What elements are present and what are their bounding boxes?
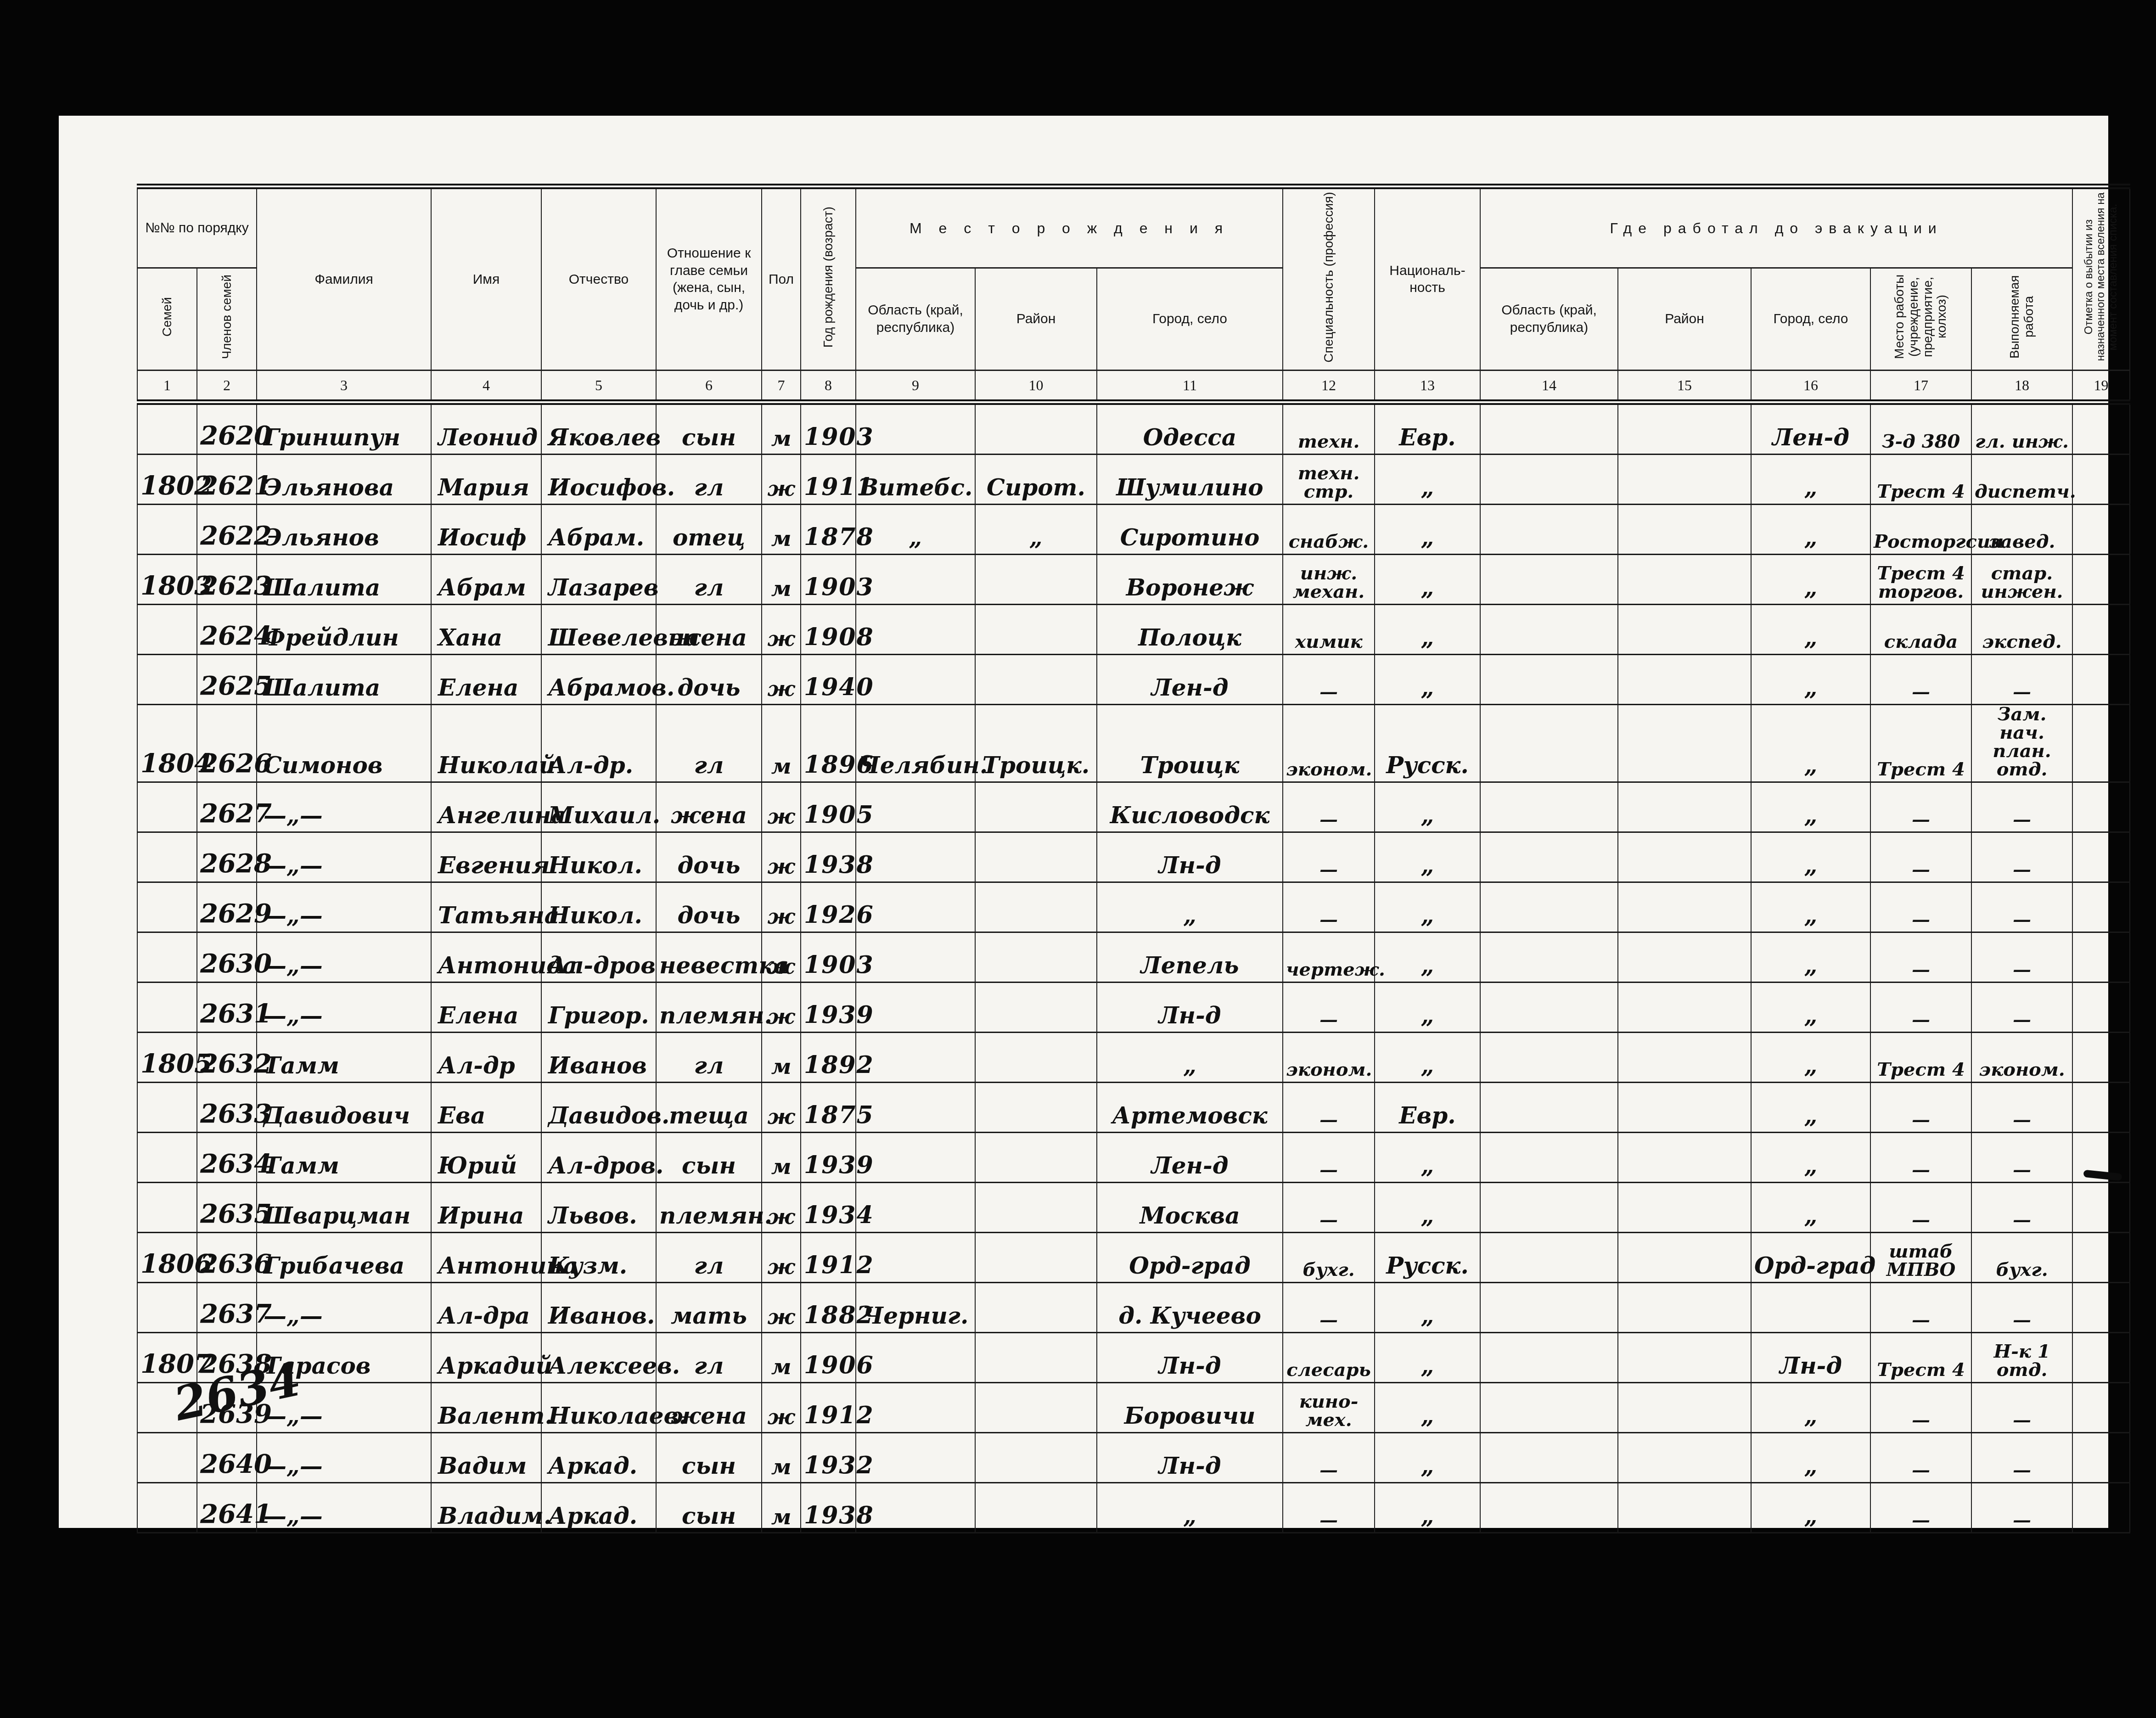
cell-col15 [1618, 1382, 1751, 1432]
cell-col11: Лен-д [1097, 654, 1283, 704]
cell-col10 [975, 1082, 1097, 1132]
cell-col4: Ангелина [431, 782, 541, 832]
cell-col3: —„— [257, 932, 431, 982]
cell-col13: „ [1375, 654, 1480, 704]
cell-col14 [1480, 454, 1618, 504]
cell-col13: „ [1375, 982, 1480, 1032]
cell-col7: ж [762, 654, 801, 704]
cell-col15 [1618, 982, 1751, 1032]
cell-col8: 1878 [801, 504, 856, 554]
cell-col12: кино-мех. [1283, 1382, 1375, 1432]
cell-col5: Аркад. [541, 1482, 656, 1533]
cell-col5: Абрамов. [541, 654, 656, 704]
cell-col1: 1805 [137, 1032, 197, 1082]
cell-col11: Лн-д [1097, 1332, 1283, 1382]
cell-col7: м [762, 704, 801, 782]
cell-col14 [1480, 654, 1618, 704]
cell-col8: 1903 [801, 402, 856, 455]
cell-col15 [1618, 1282, 1751, 1332]
cell-col10 [975, 1032, 1097, 1082]
cell-col3: —„— [257, 1432, 431, 1482]
cell-col17: — [1870, 882, 1971, 932]
cell-col17: — [1870, 832, 1971, 882]
cell-col17: Трест 4 торгов. [1870, 554, 1971, 604]
cell-col8: 1903 [801, 932, 856, 982]
cell-col11: „ [1097, 1482, 1283, 1533]
cell-col4: Антонина [431, 1232, 541, 1282]
cell-col2: 2626 [197, 704, 257, 782]
cell-col11: „ [1097, 882, 1283, 932]
cell-col18: Н-к 1 отд. [1971, 1332, 2072, 1382]
cell-col11: Орд-град [1097, 1232, 1283, 1282]
cell-col2: 2641 [197, 1482, 257, 1533]
cell-col16: „ [1751, 1182, 1870, 1232]
cell-col17: — [1870, 1432, 1971, 1482]
cell-col7: м [762, 1432, 801, 1482]
cell-col17: Трест 4 [1870, 704, 1971, 782]
cell-col4: Татьяна [431, 882, 541, 932]
cell-col19 [2072, 1082, 2130, 1132]
cell-col11: Троицк [1097, 704, 1283, 782]
cell-col13: „ [1375, 782, 1480, 832]
header-members: Членов семей [197, 268, 257, 371]
cell-col6: жена [656, 1382, 762, 1432]
cell-col6: сын [656, 1432, 762, 1482]
cell-col12: слесарь [1283, 1332, 1375, 1382]
cell-col7: м [762, 1482, 801, 1533]
cell-col18: стар. инжен. [1971, 554, 2072, 604]
column-number-5: 5 [541, 370, 656, 402]
cell-col5: Ал-дров [541, 932, 656, 982]
cell-col18: — [1971, 782, 2072, 832]
table-row: 2637—„—Ал-драИванов.матьж1882Черниг.д. К… [137, 1282, 2130, 1332]
table-row: 18072638ТарасовАркадийАлексеев.глм1906Лн… [137, 1332, 2130, 1382]
cell-col1 [137, 1482, 197, 1533]
column-number-2: 2 [197, 370, 257, 402]
cell-col12: снабж. [1283, 504, 1375, 554]
cell-col3: Симонов [257, 704, 431, 782]
cell-col8: 1926 [801, 882, 856, 932]
cell-col4: Аркадий [431, 1332, 541, 1382]
cell-col8: 1911 [801, 454, 856, 504]
cell-col3: Эльянов [257, 504, 431, 554]
cell-col12: — [1283, 782, 1375, 832]
header-work-place: Место работы (учреждение, предприятие, к… [1870, 268, 1971, 371]
cell-col15 [1618, 1482, 1751, 1533]
cell-col3: Эльянова [257, 454, 431, 504]
cell-col1 [137, 654, 197, 704]
cell-col18: бухг. [1971, 1232, 2072, 1282]
cell-col18: эконом. [1971, 1032, 2072, 1082]
cell-col3: —„— [257, 1482, 431, 1533]
header-nationality: Националь­ность [1375, 186, 1480, 370]
cell-col13: „ [1375, 832, 1480, 882]
cell-col15 [1618, 1182, 1751, 1232]
table-row: 18062636ГрибачеваАнтонинаКузм.глж1912Орд… [137, 1232, 2130, 1282]
cell-col15 [1618, 832, 1751, 882]
cell-col11: Шумилино [1097, 454, 1283, 504]
cell-col6: гл [656, 1032, 762, 1082]
cell-col1 [137, 1082, 197, 1132]
cell-col2: 2623 [197, 554, 257, 604]
cell-col7: м [762, 554, 801, 604]
registration-table: №№ по порядку Фамилия Имя Отчество Отнош… [137, 184, 2130, 1533]
cell-col9: Витебс. [856, 454, 975, 504]
cell-col8: 1912 [801, 1382, 856, 1432]
cell-col6: гл [656, 554, 762, 604]
cell-col8: 1932 [801, 1432, 856, 1482]
cell-col4: Хана [431, 604, 541, 654]
column-number-18: 18 [1971, 370, 2072, 402]
cell-col4: Владим. [431, 1482, 541, 1533]
cell-col12: — [1283, 1482, 1375, 1533]
cell-col14 [1480, 1032, 1618, 1082]
cell-col3: Грибачева [257, 1232, 431, 1282]
cell-col14 [1480, 1382, 1618, 1432]
cell-col11: Кисловодск [1097, 782, 1283, 832]
cell-col16: „ [1751, 932, 1870, 982]
cell-col7: ж [762, 1182, 801, 1232]
cell-col4: Антонида [431, 932, 541, 982]
cell-col8: 1939 [801, 982, 856, 1032]
cell-col13: „ [1375, 454, 1480, 504]
cell-col2: 2634 [197, 1132, 257, 1182]
table-row: 18032623ШалитаАбрамЛазаревглм1903Воронеж… [137, 554, 2130, 604]
cell-col7: ж [762, 882, 801, 932]
cell-col3: —„— [257, 982, 431, 1032]
cell-col11: Лн-д [1097, 1432, 1283, 1482]
cell-col7: ж [762, 454, 801, 504]
cell-col1: 1804 [137, 704, 197, 782]
cell-col3: —„— [257, 782, 431, 832]
cell-col6: гл [656, 1232, 762, 1282]
cell-col8: 1940 [801, 654, 856, 704]
cell-col6: гл [656, 704, 762, 782]
cell-col8: 1905 [801, 782, 856, 832]
cell-col15 [1618, 554, 1751, 604]
cell-col5: Николаев. [541, 1382, 656, 1432]
cell-col14 [1480, 504, 1618, 554]
cell-col10 [975, 932, 1097, 982]
cell-col16: Лн-д [1751, 1332, 1870, 1382]
cell-col18: Зам. нач. план. отд. [1971, 704, 2072, 782]
cell-col12: химик [1283, 604, 1375, 654]
cell-col8: 1938 [801, 832, 856, 882]
cell-col1 [137, 1182, 197, 1232]
table-row: 2631—„—ЕленаГригор.племян.ж1939Лн-д—„„—— [137, 982, 2130, 1032]
cell-col17: — [1870, 982, 1971, 1032]
cell-col19 [2072, 932, 2130, 982]
cell-col19 [2072, 704, 2130, 782]
cell-col17: Трест 4 [1870, 1332, 1971, 1382]
cell-col18: — [1971, 1182, 2072, 1232]
cell-col1 [137, 604, 197, 654]
cell-col17: — [1870, 1382, 1971, 1432]
cell-col18: — [1971, 1432, 2072, 1482]
scanned-sheet: №№ по порядку Фамилия Имя Отчество Отнош… [59, 116, 2108, 1528]
cell-col12: техн. стр. [1283, 454, 1375, 504]
cell-col5: Никол. [541, 882, 656, 932]
header-birth-raion: Район [975, 268, 1097, 371]
cell-col11: д. Кучеево [1097, 1282, 1283, 1332]
cell-col13: „ [1375, 604, 1480, 654]
cell-col8: 1908 [801, 604, 856, 654]
cell-col7: ж [762, 604, 801, 654]
cell-col19 [2072, 1232, 2130, 1282]
cell-col5: Алексеев. [541, 1332, 656, 1382]
cell-col8: 1896 [801, 704, 856, 782]
cell-col8: 1939 [801, 1132, 856, 1182]
cell-col12: — [1283, 832, 1375, 882]
cell-col10 [975, 1332, 1097, 1382]
column-number-4: 4 [431, 370, 541, 402]
cell-col15 [1618, 1332, 1751, 1382]
cell-col16: „ [1751, 454, 1870, 504]
cell-col10 [975, 1382, 1097, 1432]
cell-col7: м [762, 402, 801, 455]
cell-col17: — [1870, 654, 1971, 704]
column-number-19: 19 [2072, 370, 2130, 402]
cell-col19 [2072, 402, 2130, 455]
column-number-1: 1 [137, 370, 197, 402]
table-row: 18022621ЭльяноваМарияИосифов.глж1911Вите… [137, 454, 2130, 504]
cell-col12: чертеж. [1283, 932, 1375, 982]
cell-col3: —„— [257, 832, 431, 882]
column-number-15: 15 [1618, 370, 1751, 402]
cell-col8: 1875 [801, 1082, 856, 1132]
cell-col11: Лн-д [1097, 982, 1283, 1032]
cell-col19 [2072, 882, 2130, 932]
cell-col11: Лен-д [1097, 1132, 1283, 1182]
cell-col4: Елена [431, 982, 541, 1032]
cell-col13: „ [1375, 1132, 1480, 1182]
cell-col17: Трест 4 [1870, 454, 1971, 504]
cell-col6: сын [656, 402, 762, 455]
cell-col16: Орд-град [1751, 1232, 1870, 1282]
column-number-6: 6 [656, 370, 762, 402]
cell-col13: „ [1375, 504, 1480, 554]
cell-col16: Лен-д [1751, 402, 1870, 455]
cell-col18: — [1971, 1282, 2072, 1332]
cell-col11: Сиротино [1097, 504, 1283, 554]
cell-col14 [1480, 402, 1618, 455]
cell-col10 [975, 782, 1097, 832]
cell-col7: м [762, 1132, 801, 1182]
cell-col3: —„— [257, 1282, 431, 1332]
cell-col17: — [1870, 1182, 1971, 1232]
cell-col17: штаб МПВО [1870, 1232, 1971, 1282]
cell-col9: Челябин. [856, 704, 975, 782]
column-number-13: 13 [1375, 370, 1480, 402]
cell-col13: „ [1375, 1432, 1480, 1482]
cell-col9: Черниг. [856, 1282, 975, 1332]
cell-col2: 2621 [197, 454, 257, 504]
header-birth-year-label: Год рождения (возраст) [820, 203, 837, 351]
cell-col17: З-д 380 [1870, 402, 1971, 455]
cell-col1 [137, 1282, 197, 1332]
cell-col16: „ [1751, 1482, 1870, 1533]
cell-col1: 1803 [137, 554, 197, 604]
cell-col2: 2632 [197, 1032, 257, 1082]
cell-col4: Валент. [431, 1382, 541, 1432]
cell-col13: „ [1375, 1032, 1480, 1082]
cell-col3: Шалита [257, 654, 431, 704]
cell-col15 [1618, 932, 1751, 982]
cell-col8: 1934 [801, 1182, 856, 1232]
cell-col16: „ [1751, 1032, 1870, 1082]
cell-col10 [975, 882, 1097, 932]
cell-col5: Львов. [541, 1182, 656, 1232]
cell-col14 [1480, 782, 1618, 832]
table-row: 2635ШварцманИринаЛьвов.племян.ж1934Москв… [137, 1182, 2130, 1232]
header-sex: Пол [762, 186, 801, 370]
cell-col19 [2072, 1382, 2130, 1432]
cell-col11: Воронеж [1097, 554, 1283, 604]
cell-col15 [1618, 454, 1751, 504]
cell-col10 [975, 1132, 1097, 1182]
cell-col14 [1480, 604, 1618, 654]
cell-col14 [1480, 882, 1618, 932]
cell-col5: Иосифов. [541, 454, 656, 504]
cell-col3: Шварцман [257, 1182, 431, 1232]
cell-col7: м [762, 1032, 801, 1082]
cell-col16: „ [1751, 704, 1870, 782]
cell-col1: 1806 [137, 1232, 197, 1282]
cell-col12: инж. механ. [1283, 554, 1375, 604]
table-row: 2628—„—ЕвгенияНикол.дочьж1938Лн-д—„„—— [137, 832, 2130, 882]
table-row: 2622ЭльяновИосифАбрам.отецм1878„„Сиротин… [137, 504, 2130, 554]
cell-col2: 2640 [197, 1432, 257, 1482]
header-members-label: Членов семей [219, 271, 235, 363]
cell-col18: — [1971, 654, 2072, 704]
cell-col2: 2631 [197, 982, 257, 1032]
cell-col16: „ [1751, 504, 1870, 554]
cell-col19 [2072, 832, 2130, 882]
cell-col7: ж [762, 1282, 801, 1332]
cell-col13: „ [1375, 1482, 1480, 1533]
cell-col12: — [1283, 654, 1375, 704]
cell-col2: 2629 [197, 882, 257, 932]
cell-col18: экспед. [1971, 604, 2072, 654]
cell-col6: жена [656, 782, 762, 832]
cell-col16: „ [1751, 1382, 1870, 1432]
cell-col14 [1480, 932, 1618, 982]
cell-col1 [137, 782, 197, 832]
cell-col16: „ [1751, 1082, 1870, 1132]
header-birth-oblast: Область (край, республика) [856, 268, 975, 371]
cell-col11: Лн-д [1097, 832, 1283, 882]
cell-col5: Никол. [541, 832, 656, 882]
cell-col17: — [1870, 1282, 1971, 1332]
table-row: 2630—„—АнтонидаАл-дровневесткаж1903Лепел… [137, 932, 2130, 982]
cell-col2: 2624 [197, 604, 257, 654]
cell-col10 [975, 832, 1097, 882]
cell-col12: техн. [1283, 402, 1375, 455]
table-row: 2633ДавидовичЕваДавидов.тещаж1875Артемов… [137, 1082, 2130, 1132]
cell-col15 [1618, 1032, 1751, 1082]
cell-col10 [975, 1232, 1097, 1282]
column-number-3: 3 [257, 370, 431, 402]
cell-col1 [137, 982, 197, 1032]
cell-col6: сын [656, 1482, 762, 1533]
column-number-17: 17 [1870, 370, 1971, 402]
cell-col15 [1618, 1082, 1751, 1132]
cell-col11: Одесса [1097, 402, 1283, 455]
cell-col11: „ [1097, 1032, 1283, 1082]
cell-col8: 1912 [801, 1232, 856, 1282]
cell-col1 [137, 504, 197, 554]
cell-col19 [2072, 1032, 2130, 1082]
cell-col6: дочь [656, 832, 762, 882]
cell-col13: „ [1375, 1332, 1480, 1382]
cell-col16: „ [1751, 1132, 1870, 1182]
cell-col4: Евгения [431, 832, 541, 882]
cell-col14 [1480, 1082, 1618, 1132]
cell-col5: Лазарев [541, 554, 656, 604]
table-row: 2634ТаммЮрийАл-дров.сынм1939Лен-д—„„—— [137, 1132, 2130, 1182]
header-family: Семей [137, 268, 197, 371]
cell-col17: — [1870, 1082, 1971, 1132]
cell-col6: отец [656, 504, 762, 554]
cell-col4: Ал-др [431, 1032, 541, 1082]
header-specialty-label: Специальность (профессия) [1321, 188, 1337, 366]
cell-col13: „ [1375, 882, 1480, 932]
cell-col12: — [1283, 1132, 1375, 1182]
column-number-10: 10 [975, 370, 1097, 402]
registration-table-wrap: №№ по порядку Фамилия Имя Отчество Отнош… [137, 184, 2130, 1533]
cell-col14 [1480, 1432, 1618, 1482]
cell-col3: Шалита [257, 554, 431, 604]
cell-col3: Давидович [257, 1082, 431, 1132]
header-birthplace-group: М е с т о р о ж д е н и я [856, 186, 1283, 268]
cell-col4: Юрий [431, 1132, 541, 1182]
cell-col12: — [1283, 1082, 1375, 1132]
table-row: 2640—„—ВадимАркад.сынм1932Лн-д—„„—— [137, 1432, 2130, 1482]
cell-col15 [1618, 1132, 1751, 1182]
cell-col5: Ал-дров. [541, 1132, 656, 1182]
cell-col3: —„— [257, 882, 431, 932]
header-specialty: Специальность (профессия) [1283, 186, 1375, 370]
cell-col14 [1480, 1332, 1618, 1382]
cell-col12: — [1283, 882, 1375, 932]
cell-col2: 2635 [197, 1182, 257, 1232]
cell-col18: — [1971, 882, 2072, 932]
cell-col15 [1618, 504, 1751, 554]
cell-col15 [1618, 654, 1751, 704]
cell-col7: ж [762, 982, 801, 1032]
cell-col14 [1480, 1132, 1618, 1182]
cell-col10 [975, 402, 1097, 455]
cell-col6: сын [656, 1132, 762, 1182]
header-patronymic: Отчество [541, 186, 656, 370]
header-family-label: Семей [159, 293, 175, 340]
cell-col3: Фрейдлин [257, 604, 431, 654]
cell-col16: „ [1751, 882, 1870, 932]
cell-col11: Полоцк [1097, 604, 1283, 654]
cell-col5: Григор. [541, 982, 656, 1032]
cell-col1 [137, 402, 197, 455]
cell-col10 [975, 654, 1097, 704]
cell-col15 [1618, 882, 1751, 932]
cell-col10: Сирот. [975, 454, 1097, 504]
cell-col6: племян. [656, 1182, 762, 1232]
cell-col4: Ал-дра [431, 1282, 541, 1332]
cell-col7: ж [762, 932, 801, 982]
cell-col5: Иванов [541, 1032, 656, 1082]
cell-col10 [975, 1282, 1097, 1332]
cell-col14 [1480, 982, 1618, 1032]
cell-col15 [1618, 402, 1751, 455]
